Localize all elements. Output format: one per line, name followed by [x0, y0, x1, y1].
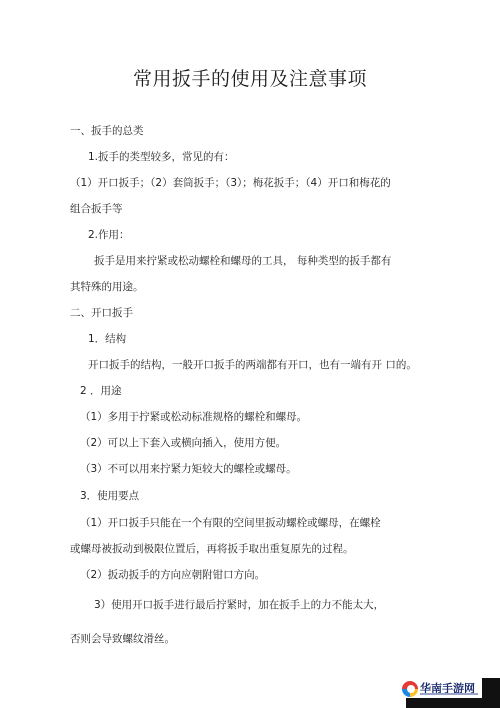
list-item: （3）不可以用来拧紧力矩较大的螺栓或螺母。 [80, 462, 297, 476]
paragraph-line: 扳手是用来拧紧或松动螺栓和螺母的工具， 每种类型的扳手都有 [94, 254, 391, 268]
section-heading-1: 一、扳手的总类 [70, 124, 144, 138]
list-item: （1）多用于拧紧或松动标准规格的螺栓和螺母。 [80, 410, 307, 424]
site-watermark: 华南手游网 [400, 674, 500, 708]
subheading-types: 1.扳手的类型较多，常见的有： [88, 150, 235, 164]
subheading-usage: 2 ．用途 [80, 384, 122, 398]
subheading-key-points: 3．使用要点 [80, 489, 139, 503]
list-item: （2）可以上下套入或横向插入，使用方便。 [80, 436, 286, 450]
document-title: 常用扳手的使用及注意事项 [0, 64, 500, 91]
paragraph-line: 或螺母被扳动到极限位置后，再将扳手取出重复原先的过程。 [70, 542, 354, 556]
paragraph-line: （1）开口扳手；（2）套筒扳手；（3）；梅花扳手；（4）开口和梅花的 [70, 176, 391, 190]
subheading-function: 2.作用： [88, 228, 130, 242]
paragraph-line: 组合扳手等 [70, 202, 123, 216]
watermark-subline [420, 693, 478, 695]
swirl-logo-icon [402, 681, 418, 697]
paragraph-line: 其特殊的用途。 [70, 280, 144, 294]
watermark-box: 华南手游网 [400, 676, 482, 698]
watermark-bar [406, 698, 500, 708]
list-item: （1）开口扳手只能在一个有限的空间里扳动螺栓或螺母，在螺栓 [80, 516, 381, 530]
subheading-structure: 1．结构 [88, 332, 126, 346]
paragraph-line: 否则会导致螺纹滑丝。 [70, 632, 175, 646]
section-heading-2: 二、开口扳手 [70, 306, 133, 320]
list-item: 3）使用开口扳手进行最后拧紧时，加在扳手上的力不能太大， [94, 598, 384, 612]
paragraph-line: 开口扳手的结构，一般开口扳手的两端都有开口，也有一端有开 口的。 [88, 358, 417, 372]
list-item: （2）扳动扳手的方向应朝附钳口方向。 [80, 568, 265, 582]
